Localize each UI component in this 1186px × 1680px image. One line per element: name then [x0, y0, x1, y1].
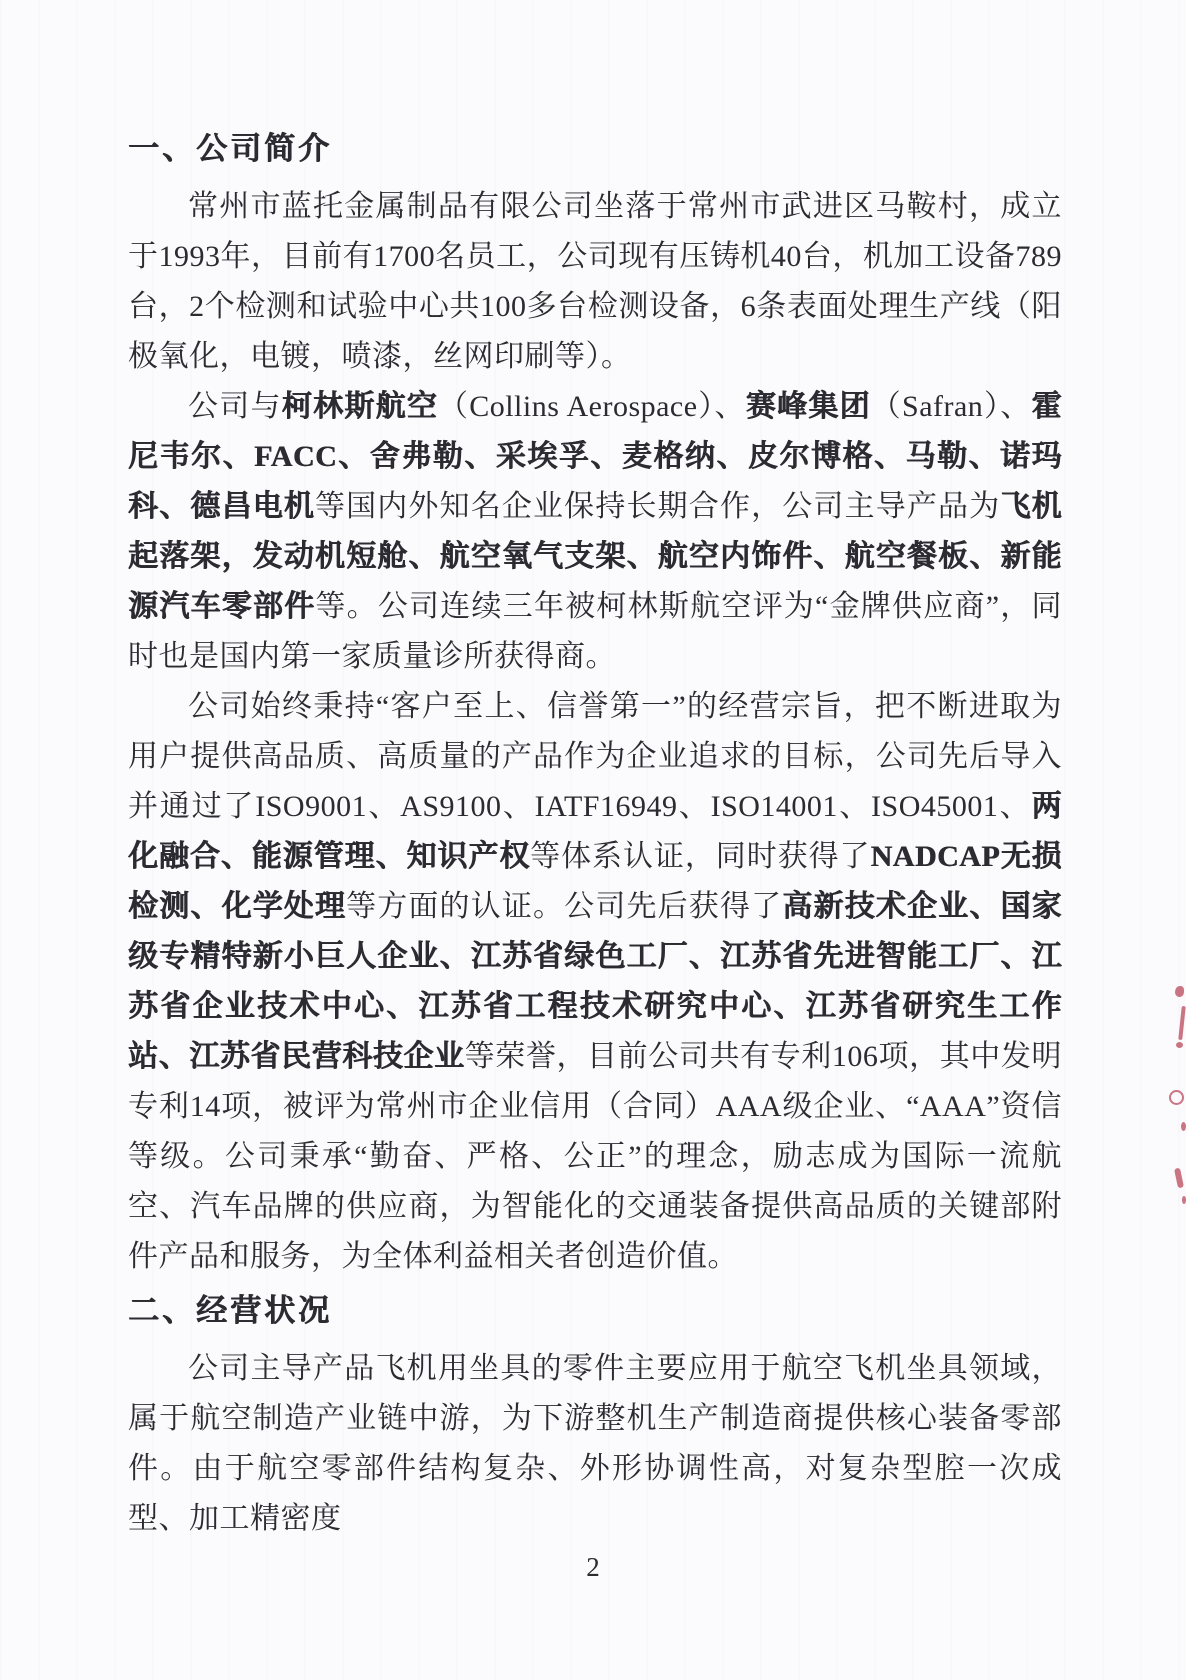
bold-text-run: 柯林斯航空	[282, 390, 438, 423]
red-ink-speck	[1176, 1042, 1183, 1048]
red-ink-circle	[1169, 1090, 1184, 1105]
red-ink-stroke	[1174, 1168, 1184, 1189]
section-heading-operations: 二、经营状况	[128, 1288, 1062, 1334]
text-run: 公司与	[188, 390, 282, 423]
text-run: （Collins Aerospace）、	[438, 390, 746, 423]
red-ink-speck	[1181, 1122, 1186, 1131]
section-heading-company-intro: 一、公司简介	[128, 126, 1062, 172]
text-run: 等体系认证，同时获得了	[530, 840, 870, 873]
document-body: 一、公司简介常州市蓝托金属制品有限公司坐落于常州市武进区马鞍村，成立于1993年…	[128, 126, 1062, 1544]
paragraph: 公司始终秉持“客户至上、信誉第一”的经营宗旨，把不断进取为用户提供高品质、高质量…	[128, 682, 1062, 1282]
page-number: 2	[0, 1552, 1186, 1583]
text-run: 等方面的认证。公司先后获得了	[346, 890, 782, 923]
text-run: 公司始终秉持“客户至上、信誉第一”的经营宗旨，把不断进取为用户提供高品质、高质量…	[128, 690, 1062, 823]
text-run: 等荣誉，目前公司共有专利106项，其中发明专利14项，被评为常州市企业信用（合同…	[128, 1040, 1062, 1273]
paragraph: 公司主导产品飞机用坐具的零件主要应用于航空飞机坐具领域，属于航空制造产业链中游，…	[128, 1344, 1062, 1544]
scanned-document-page: 一、公司简介常州市蓝托金属制品有限公司坐落于常州市武进区马鞍村，成立于1993年…	[0, 0, 1186, 1680]
text-run: 常州市蓝托金属制品有限公司坐落于常州市武进区马鞍村，成立于1993年，目前有17…	[128, 190, 1062, 373]
red-ink-speck	[1175, 986, 1184, 997]
paragraph: 公司与柯林斯航空（Collins Aerospace）、赛峰集团（Safran）…	[128, 382, 1062, 682]
bold-text-run: 赛峰集团	[746, 390, 871, 423]
red-ink-speck	[1182, 1196, 1186, 1204]
red-ink-stroke	[1178, 1006, 1186, 1040]
text-run: 等国内外知名企业保持长期合作，公司主导产品为	[315, 490, 1000, 523]
paragraph: 常州市蓝托金属制品有限公司坐落于常州市武进区马鞍村，成立于1993年，目前有17…	[128, 182, 1062, 382]
text-run: 公司主导产品飞机用坐具的零件主要应用于航空飞机坐具领域，属于航空制造产业链中游，…	[128, 1352, 1062, 1535]
text-run: （Safran）、	[871, 390, 1032, 423]
